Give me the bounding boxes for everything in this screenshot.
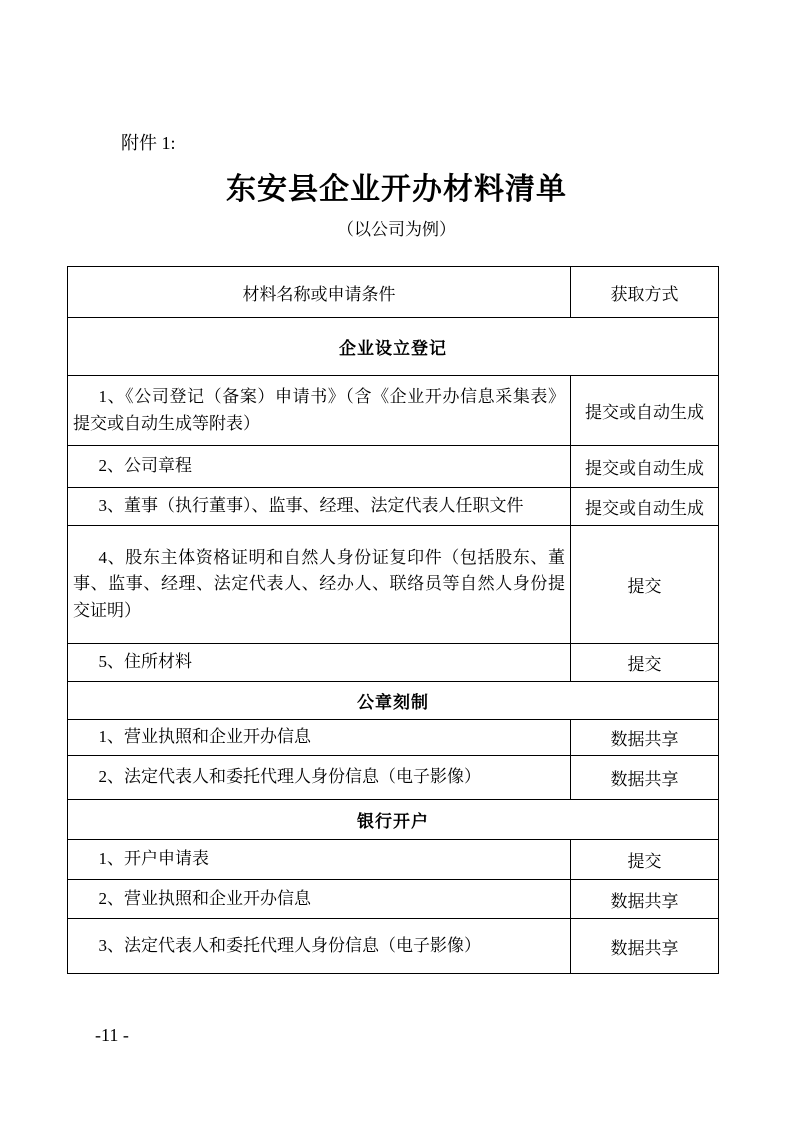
- material-cell: 2、营业执照和企业开办信息: [68, 880, 571, 919]
- method-cell: 提交: [571, 840, 719, 880]
- material-cell: 2、法定代表人和委托代理人身份信息（电子影像）: [68, 756, 571, 800]
- method-cell: 提交: [571, 644, 719, 682]
- table-row: 1、开户申请表 提交: [68, 840, 719, 880]
- method-cell: 数据共享: [571, 756, 719, 800]
- section-header-bank: 银行开户: [68, 800, 719, 840]
- materials-table: 材料名称或申请条件 获取方式 企业设立登记 1、《公司登记（备案）申请书》（含《…: [67, 266, 719, 974]
- page-subtitle: （以公司为例）: [0, 215, 793, 240]
- table-header-row: 材料名称或申请条件 获取方式: [68, 267, 719, 318]
- table-row: 4、股东主体资格证明和自然人身份证复印件（包括股东、董 事、监事、经理、法定代表…: [68, 526, 719, 644]
- section-row: 银行开户: [68, 800, 719, 840]
- method-cell: 提交或自动生成: [571, 488, 719, 526]
- table-row: 2、法定代表人和委托代理人身份信息（电子影像） 数据共享: [68, 756, 719, 800]
- column-header-material: 材料名称或申请条件: [68, 267, 571, 318]
- material-cell: 2、公司章程: [68, 446, 571, 488]
- material-cell: 5、住所材料: [68, 644, 571, 682]
- section-row: 企业设立登记: [68, 318, 719, 376]
- material-cell: 1、开户申请表: [68, 840, 571, 880]
- table-row: 2、公司章程 提交或自动生成: [68, 446, 719, 488]
- material-cell: 1、《公司登记（备案）申请书》（含《企业开办信息采集表》提交或自动生成等附表）: [68, 376, 571, 446]
- method-cell: 提交或自动生成: [571, 446, 719, 488]
- table-row: 2、营业执照和企业开办信息 数据共享: [68, 880, 719, 919]
- method-cell: 提交或自动生成: [571, 376, 719, 446]
- method-cell: 数据共享: [571, 720, 719, 756]
- column-header-method: 获取方式: [571, 267, 719, 318]
- page-number: -11 -: [95, 1025, 129, 1046]
- document-page: 附件 1: 东安县企业开办材料清单 （以公司为例） 材料名称或申请条件 获取方式…: [0, 0, 793, 1122]
- table-row: 1、《公司登记（备案）申请书》（含《企业开办信息采集表》提交或自动生成等附表） …: [68, 376, 719, 446]
- section-header-seal: 公章刻制: [68, 682, 719, 720]
- method-cell: 数据共享: [571, 919, 719, 974]
- table-row: 1、营业执照和企业开办信息 数据共享: [68, 720, 719, 756]
- table-row: 5、住所材料 提交: [68, 644, 719, 682]
- section-header-registration: 企业设立登记: [68, 318, 719, 376]
- method-cell: 数据共享: [571, 880, 719, 919]
- section-row: 公章刻制: [68, 682, 719, 720]
- material-cell: 3、董事（执行董事）、监事、经理、法定代表人任职文件: [68, 488, 571, 526]
- material-cell: 1、营业执照和企业开办信息: [68, 720, 571, 756]
- attachment-label: 附件 1:: [121, 129, 176, 155]
- material-cell: 3、法定代表人和委托代理人身份信息（电子影像）: [68, 919, 571, 974]
- method-cell: 提交: [571, 526, 719, 644]
- table-row: 3、董事（执行董事）、监事、经理、法定代表人任职文件 提交或自动生成: [68, 488, 719, 526]
- material-cell: 4、股东主体资格证明和自然人身份证复印件（包括股东、董 事、监事、经理、法定代表…: [68, 526, 571, 644]
- page-title: 东安县企业开办材料清单: [0, 164, 793, 208]
- table-row: 3、法定代表人和委托代理人身份信息（电子影像） 数据共享: [68, 919, 719, 974]
